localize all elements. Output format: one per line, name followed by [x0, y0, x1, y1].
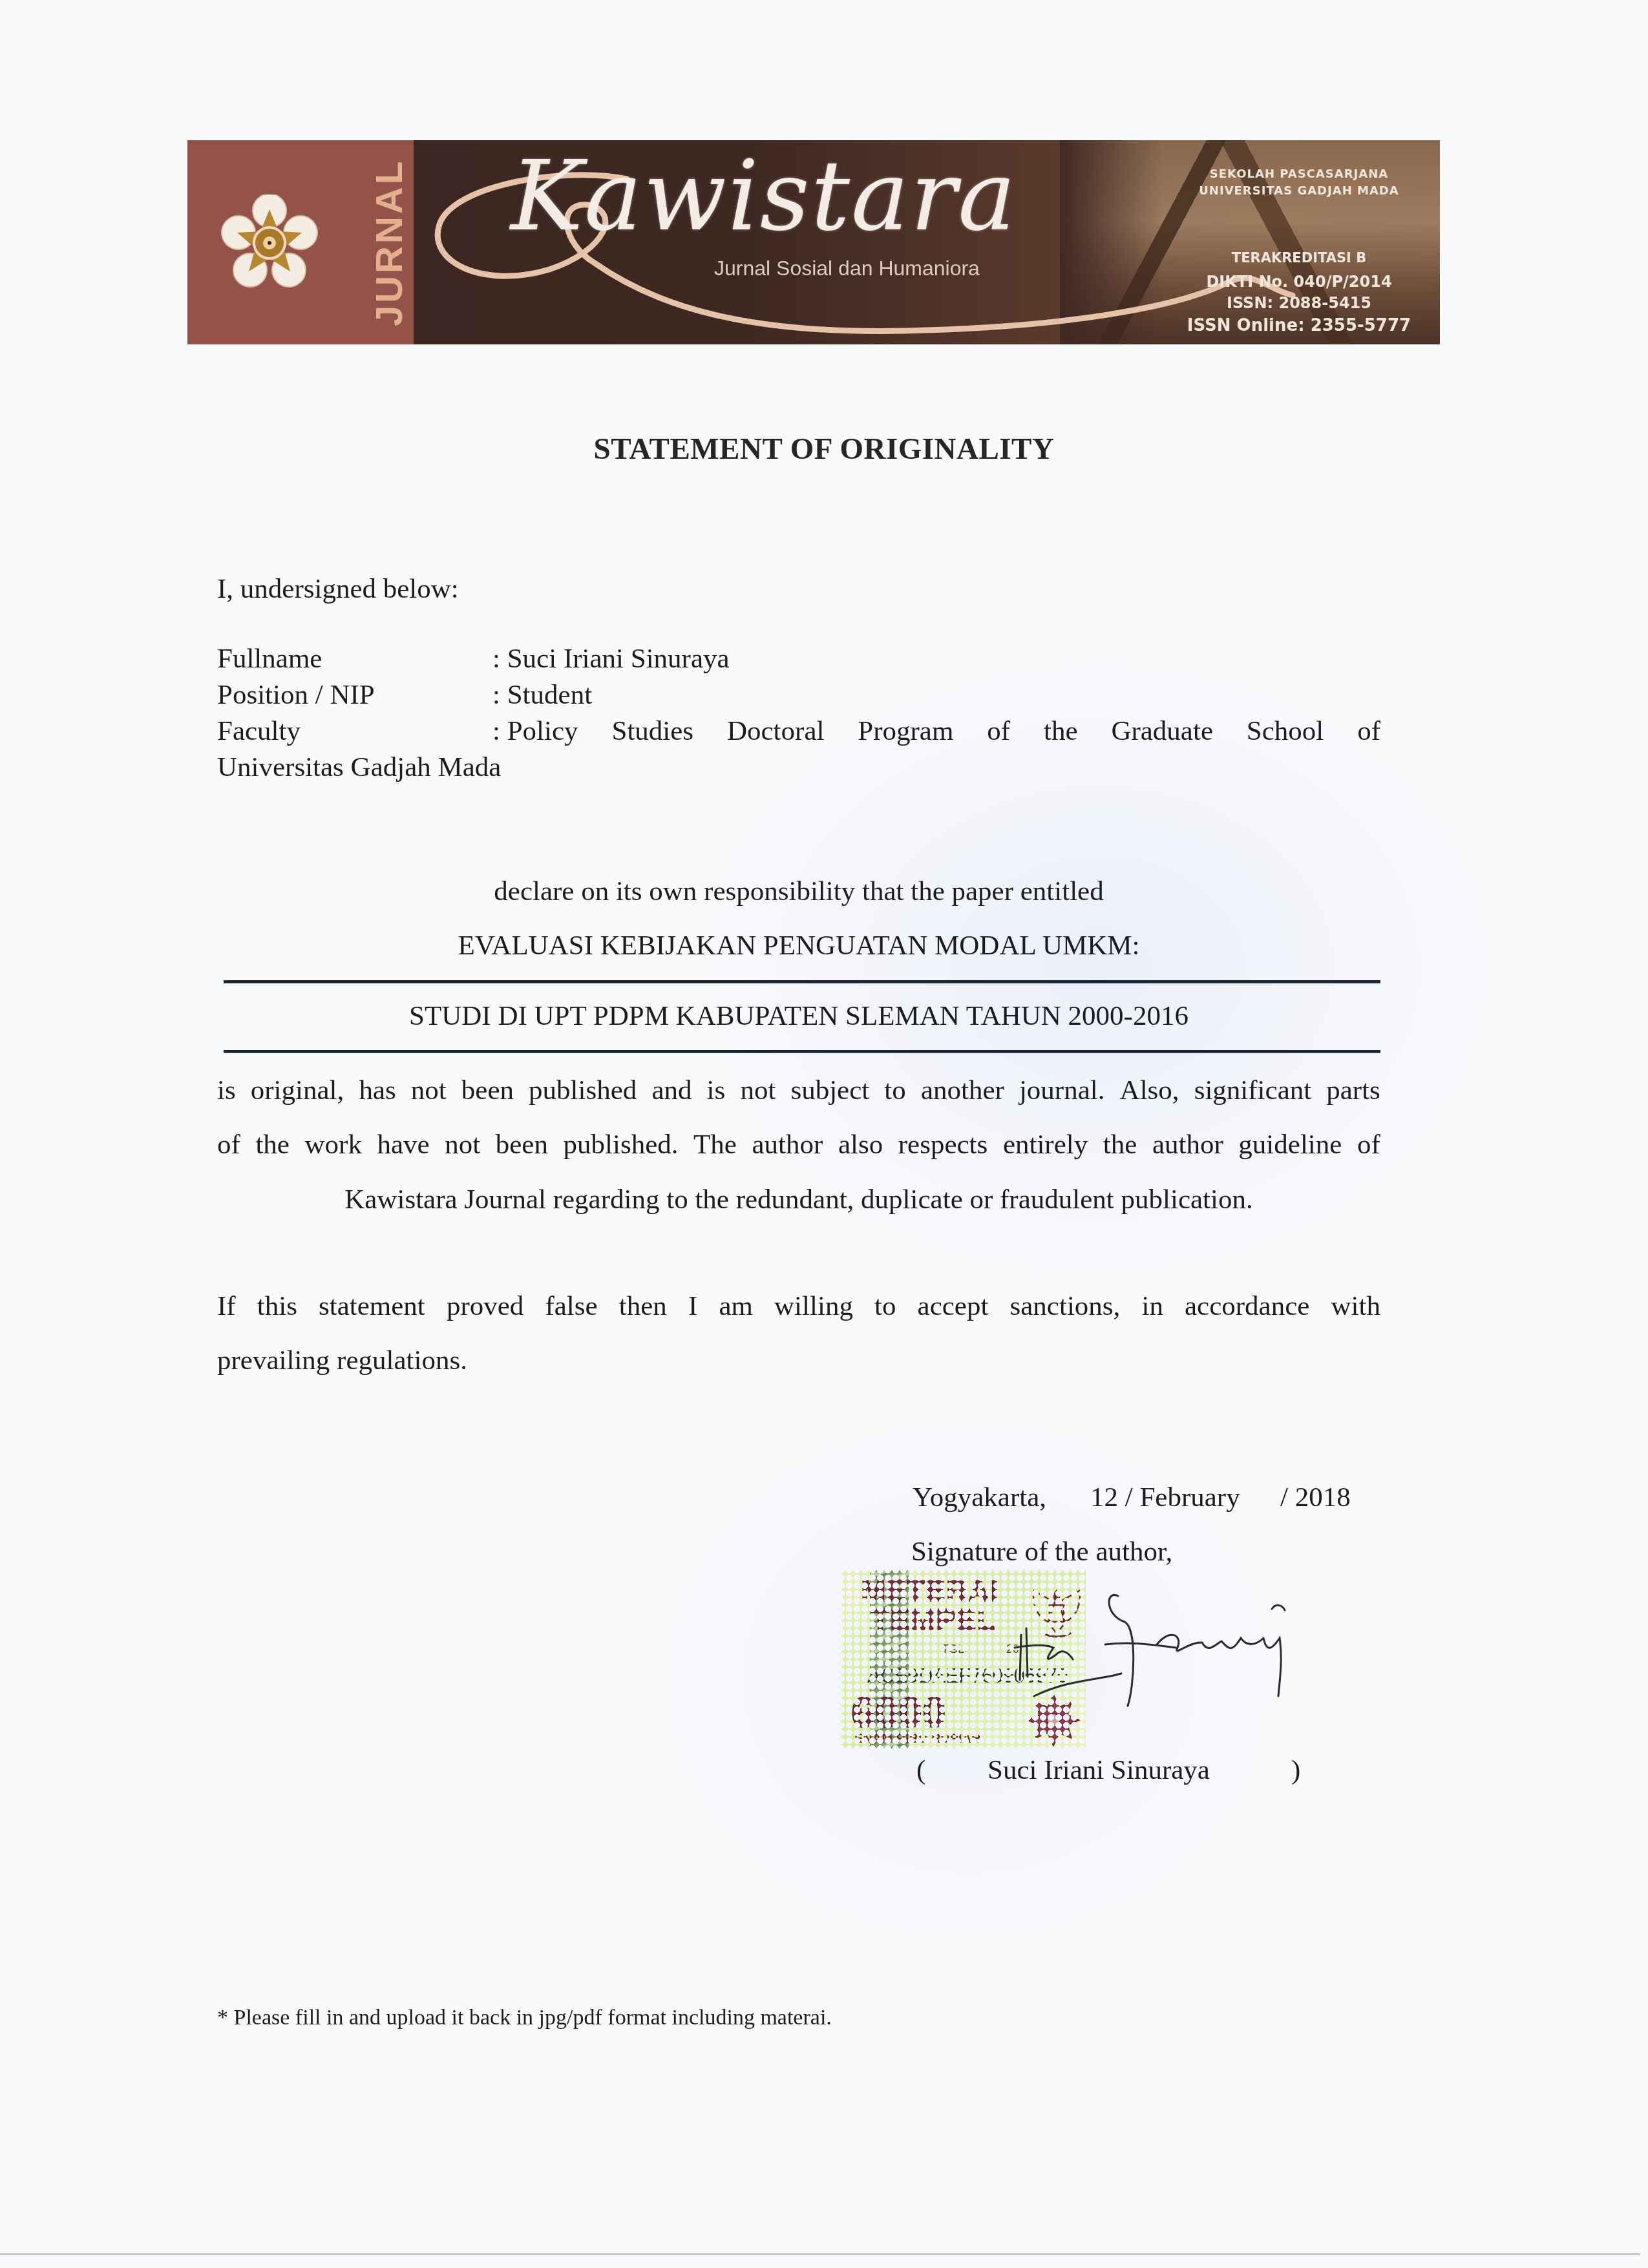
footnote: * Please fill in and upload it back in j… — [217, 2004, 832, 2032]
issn-line: ISSN: 2088-5415 — [1163, 294, 1435, 312]
name-open-paren: ( — [916, 1752, 925, 1789]
word: entirely — [1003, 1127, 1088, 1163]
word: to — [884, 1073, 905, 1109]
banner-left-panel: JURNAL — [187, 140, 414, 344]
word: in — [1141, 1288, 1163, 1325]
sanction-line-1: IfthisstatementprovedfalsethenIamwilling… — [217, 1288, 1380, 1325]
scan-edge — [0, 2253, 1640, 2255]
name-close-paren: ) — [1291, 1752, 1300, 1789]
word: : Policy — [492, 713, 578, 750]
word: then — [619, 1288, 667, 1325]
word: published — [529, 1073, 637, 1109]
stamp-value: 6000 — [851, 1692, 946, 1733]
word: sanctions, — [1010, 1288, 1121, 1325]
page-title: STATEMENT OF ORIGINALITY — [0, 432, 1648, 467]
jurnal-vertical-label: JURNAL — [367, 140, 412, 344]
word: guideline — [1238, 1127, 1342, 1163]
word: Also, — [1120, 1073, 1179, 1109]
institution-line: SEKOLAH PASCASARJANA — [1163, 167, 1435, 181]
date-day-month: 12 / February — [1090, 1480, 1240, 1516]
word: not — [740, 1073, 776, 1109]
word: of — [217, 1127, 240, 1163]
sanction-line-2: prevailing regulations. — [217, 1343, 467, 1379]
word: Studies — [611, 713, 693, 750]
field-label-position: Position / NIP — [217, 677, 375, 713]
word: to — [874, 1288, 896, 1325]
originality-line-3: Kawistara Journal regarding to the redun… — [217, 1182, 1380, 1218]
word: the — [255, 1127, 290, 1163]
institution-line: UNIVERSITAS GADJAH MADA — [1163, 184, 1435, 198]
word: also — [838, 1127, 883, 1163]
author-name: Suci Iriani Sinuraya — [988, 1752, 1210, 1789]
word: journal. — [1019, 1073, 1105, 1109]
word: Doctoral — [727, 713, 824, 750]
word: and — [651, 1073, 692, 1109]
word: subject — [790, 1073, 869, 1109]
word: accept — [918, 1288, 989, 1325]
word: been — [461, 1073, 514, 1109]
word: School — [1247, 713, 1324, 750]
word: is — [707, 1073, 726, 1109]
word: parts — [1326, 1073, 1380, 1109]
originality-line-1: isoriginal,hasnotbeenpublishedandisnotsu… — [217, 1073, 1380, 1109]
word: another — [921, 1073, 1004, 1109]
word: Program — [858, 713, 953, 750]
signature-label: Signature of the author, — [911, 1534, 1172, 1570]
word: author — [752, 1127, 823, 1163]
word: The — [693, 1127, 737, 1163]
word: willing — [774, 1288, 853, 1325]
word: not — [445, 1127, 480, 1163]
intro-text: I, undersigned below: — [217, 571, 459, 607]
word: not — [411, 1073, 447, 1109]
word: has — [359, 1073, 396, 1109]
word: been — [496, 1127, 548, 1163]
field-label-faculty: Faculty — [217, 713, 301, 750]
word: proved — [447, 1288, 523, 1325]
ugm-logo-icon — [215, 194, 324, 291]
place: Yogyakarta, — [913, 1480, 1046, 1516]
word: is — [217, 1073, 236, 1109]
field-value-fullname: : Suci Iriani Sinuraya — [492, 641, 730, 677]
originality-line-2: oftheworkhavenotbeenpublished.Theauthora… — [217, 1127, 1380, 1163]
accreditation-line: TERAKREDITASI B — [1163, 250, 1435, 266]
word: published. — [564, 1127, 679, 1163]
word: respects — [898, 1127, 988, 1163]
word: Graduate — [1111, 713, 1213, 750]
banner-info: SEKOLAH PASCASARJANA UNIVERSITAS GADJAH … — [1163, 140, 1435, 344]
word: the — [1103, 1127, 1137, 1163]
word: original, — [251, 1073, 344, 1109]
word: of — [1357, 1127, 1380, 1163]
word: am — [719, 1288, 753, 1325]
word: I — [688, 1288, 697, 1325]
word: have — [377, 1127, 429, 1163]
issn-online-line: ISSN Online: 2355-5777 — [1163, 316, 1435, 335]
word: of — [987, 713, 1010, 750]
word: significant — [1194, 1073, 1312, 1109]
stamp-title: METERAI TEMPEL — [861, 1577, 999, 1633]
field-label-fullname: Fullname — [217, 641, 322, 677]
field-value-faculty: : PolicyStudiesDoctoralProgramoftheGradu… — [492, 713, 1380, 750]
faculty-continuation: Universitas Gadjah Mada — [217, 750, 501, 786]
word: of — [1357, 713, 1380, 750]
word: accordance — [1185, 1288, 1309, 1325]
date-year: / 2018 — [1280, 1480, 1351, 1516]
word: the — [1044, 713, 1078, 750]
author-signature — [1008, 1583, 1370, 1712]
word: author — [1152, 1127, 1223, 1163]
journal-banner: JURNAL Kawistara Jurnal Sosial dan Human… — [187, 140, 1440, 344]
word: this — [257, 1288, 297, 1325]
field-value-position: : Student — [492, 677, 592, 713]
paper-title-line-1: EVALUASI KEBIJAKAN PENGUATAN MODAL UMKM: — [217, 928, 1380, 964]
declare-line: declare on its own responsibility that t… — [217, 874, 1380, 910]
divider-line — [224, 980, 1380, 983]
word: with — [1331, 1288, 1380, 1325]
word: false — [545, 1288, 597, 1325]
paper-title-line-2: STUDI DI UPT PDPM KABUPATEN SLEMAN TAHUN… — [217, 998, 1380, 1034]
word: statement — [319, 1288, 425, 1325]
accreditation-line: DIKTI No. 040/P/2014 — [1163, 273, 1435, 291]
journal-tagline: Jurnal Sosial dan Humaniora — [714, 257, 980, 280]
word: work — [305, 1127, 362, 1163]
stamp-value-words: ENAM RIBU RUPIAH — [854, 1732, 981, 1747]
journal-name: Kawistara — [511, 148, 1017, 245]
divider-line — [224, 1050, 1380, 1053]
word: If — [217, 1288, 236, 1325]
stamp-date-label: TGL. — [942, 1643, 967, 1656]
